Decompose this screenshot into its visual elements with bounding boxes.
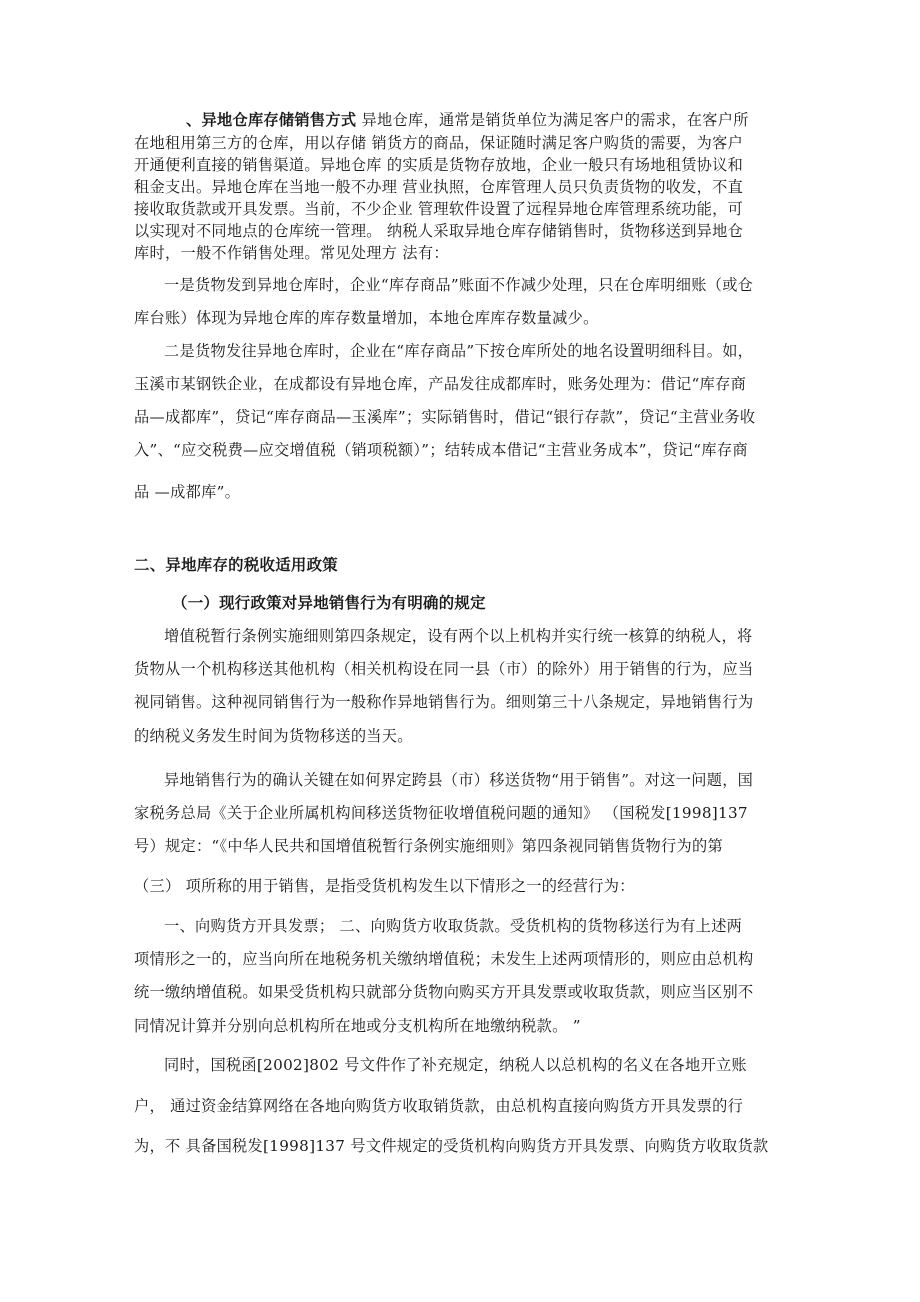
- paragraph-line: 品 —成都库”。: [134, 482, 240, 502]
- paragraph-line: 视同销售。这种视同销售行为一般称作异地销售行为。细则第三十八条规定，异地销售行为: [134, 692, 754, 712]
- paragraph-line: 接收取货款或开具发票。当前，不少企业 管理软件设置了远程异地仓库管理系统功能，可: [134, 199, 743, 219]
- paragraph-line: 统一缴纳增值税。如果受货机构只就部分货物向购买方开具发票或收取货款，则应当区别不: [134, 982, 754, 1002]
- paragraph-line: 号）规定：“《中华人民共和国增值税暂行条例实施细则》第四条视同销售货物行为的第: [134, 836, 723, 856]
- paragraph-line: 品—成都库”，贷记“库存商品—玉溪库”；实际销售时，借记“银行存款”，贷记“主营…: [134, 407, 755, 427]
- section-subheading: （一）现行政策对异地销售行为有明确的规定: [172, 593, 486, 613]
- paragraph-line: 入”、“应交税费—应交增值税（销项税额）”；结转成本借记“主营业务成本”，贷记“…: [134, 440, 748, 460]
- paragraph-line: 户， 通过资金结算网络在各地向购货方收取销货款，由总机构直接向购货方开具发票的行: [134, 1096, 743, 1116]
- paragraph-line: 一、向购货方开具发票； 二、向购货方收取货款。受货机构的货物移送行为有上述两: [164, 916, 742, 936]
- paragraph-line: 同时，国税函[2002]802 号文件作了补充规定，纳税人以总机构的名义在各地开…: [164, 1055, 747, 1075]
- paragraph-line: 开通便利直接的销售渠道。异地仓库 的实质是货物存放地，企业一般只有场地租赁协议和: [134, 155, 743, 175]
- paragraph-line: （三） 项所称的用于销售，是指受货机构发生以下情形之一的经营行为：: [134, 876, 635, 896]
- paragraph-line: 在地租用第三方的仓库，用以存储 销货方的商品，保证随时满足客户购货的需要，为客户: [134, 133, 743, 153]
- paragraph-line: 以实现对不同地点的仓库统一管理。 纳税人采取异地仓库存储销售时，货物移送到异地仓: [134, 221, 743, 241]
- paragraph-line: 玉溪市某钢铁企业，在成都设有异地仓库，产品发往成都库时，账务处理为：借记“库存商: [134, 374, 746, 394]
- paragraph-line: 项情形之一的，应当向所在地税务机关缴纳增值税；未发生上述两项情形的，则应由总机构: [134, 949, 754, 969]
- paragraph-line: 货物从一个机构移送其他机构（相关机构设在同一县（市）的除外）用于销售的行为，应当: [134, 659, 754, 679]
- paragraph-line: 库台账）体现为异地仓库的库存数量增加，本地仓库库存数量减少。: [134, 308, 599, 328]
- paragraph-line: 一是货物发到异地仓库时，企业“库存商品”账面不作减少处理，只在仓库明细账（或仓: [164, 275, 753, 295]
- paragraph-line: 为，不 具备国税发[1998]137 号文件规定的受货机构向购货方开具发票、向购…: [134, 1136, 769, 1156]
- paragraph-line: 租金支出。异地仓库在当地一般不办理 营业执照，仓库管理人员只负责货物的收发，不直: [134, 177, 743, 197]
- paragraph-line: 同情况计算并分别向总机构所在地或分支机构所在地缴纳税款。 ”: [134, 1016, 581, 1036]
- paragraph-line: 增值税暂行条例实施细则第四条规定，设有两个以上机构并实行统一核算的纳税人，将: [164, 626, 753, 646]
- paragraph-line: 二是货物发往异地仓库时，企业在“库存商品”下按仓库所处的地名设置明细科目。如，: [164, 341, 753, 361]
- paragraph-line: 、异地仓库存储销售方式 异地仓库，通常是销货单位为满足客户的需求，在客户所: [186, 110, 749, 130]
- section-lead-title: 、异地仓库存储销售方式: [186, 111, 356, 129]
- paragraph-line: 库时，一般不作销售处理。常见处理方 法有：: [134, 243, 449, 263]
- paragraph-line: 异地销售行为的确认关键在如何界定跨县（市）移送货物“用于销售”。对这一问题，国: [164, 770, 753, 790]
- text: 异地仓库，通常是销货单位为满足客户的需求，在客户所: [356, 111, 748, 129]
- paragraph-line: 的纳税义务发生时间为货物移送的当天。: [134, 726, 413, 746]
- paragraph-line: 家税务总局《关于企业所属机构间移送货物征收增值税问题的通知》 （国税发[1998…: [134, 803, 748, 823]
- section-heading: 二、异地库存的税收适用政策: [134, 555, 338, 575]
